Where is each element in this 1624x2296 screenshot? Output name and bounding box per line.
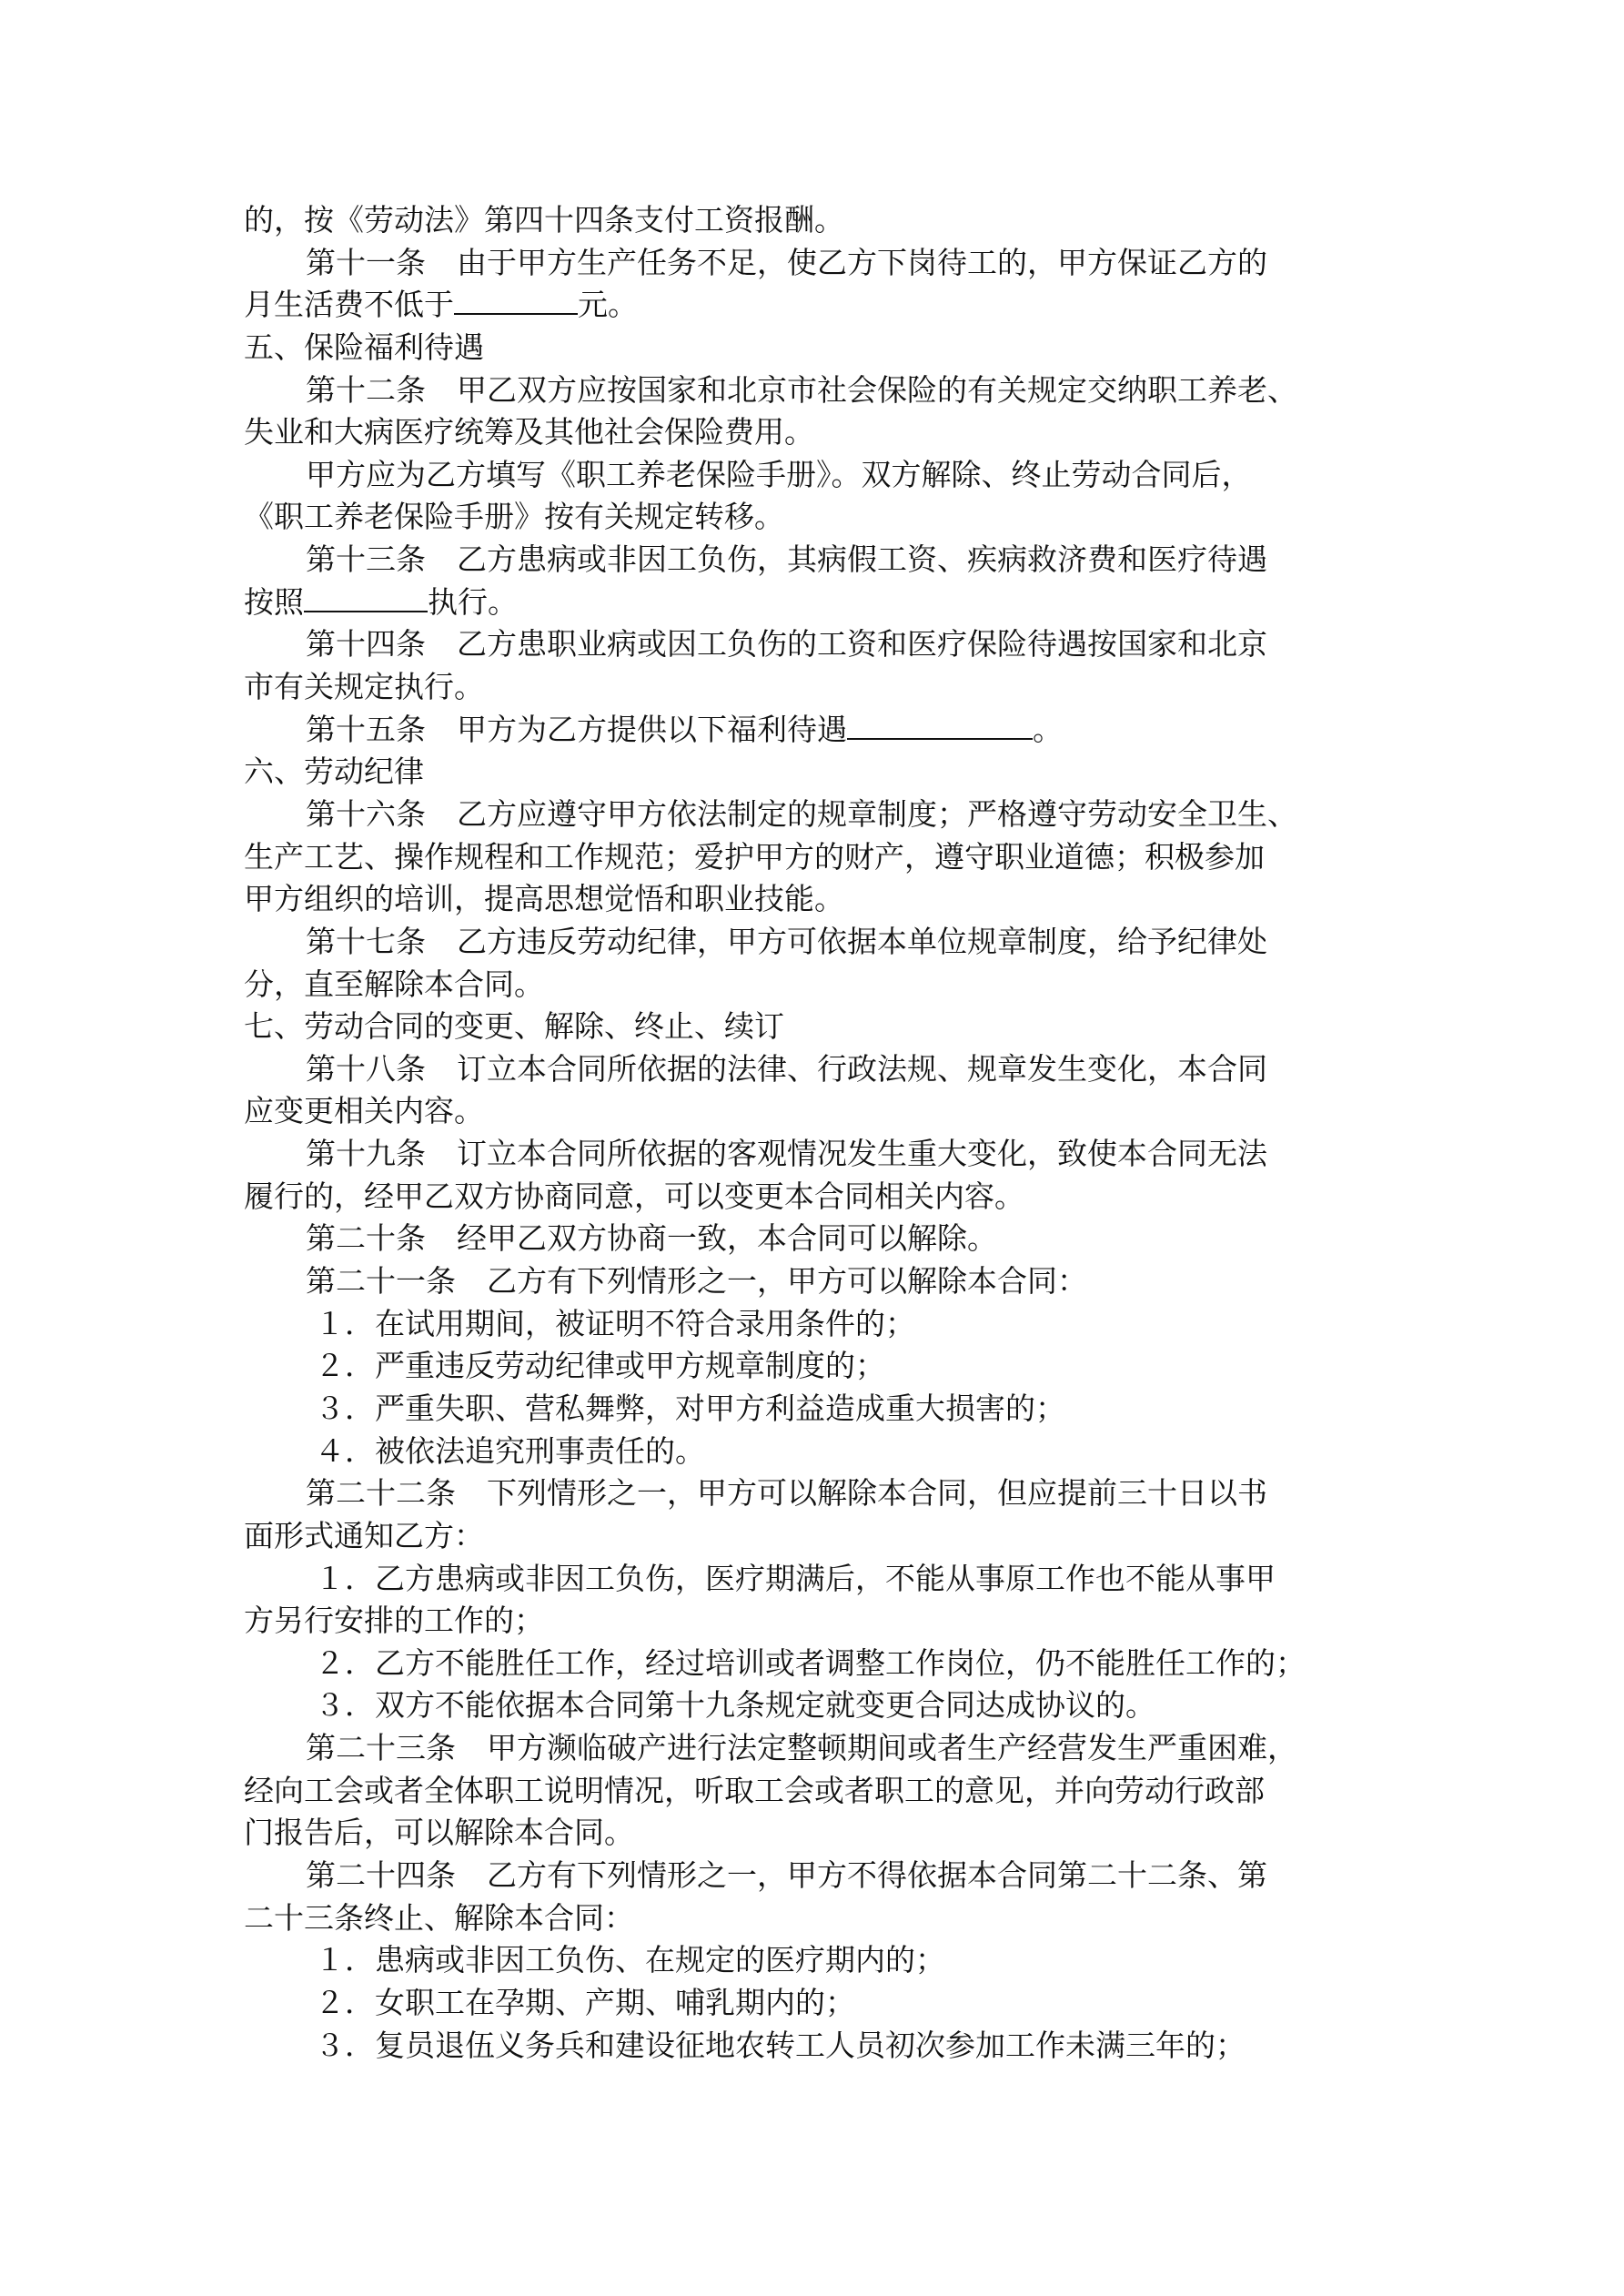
list-item: ４．被依法追究刑事责任的。 [244,1431,1372,1473]
line-text: 《职工养老保险手册》按有关规定转移。 [244,499,784,534]
continuation-line: 履行的，经甲乙双方协商同意，可以变更本合同相关内容。 [244,1176,1372,1219]
article-line: 第十一条由于甲方生产任务不足，使乙方下岗待工的，甲方保证乙方的 [244,242,1372,285]
line-text: 甲方组织的培训，提高思想觉悟和职业技能。 [244,881,844,916]
list-item-text: ４．被依法追究刑事责任的。 [315,1433,705,1469]
section-title: 六、劳动纪律 [244,754,424,789]
article-line: 第十四条乙方患职业病或因工负伤的工资和医疗保险待遇按国家和北京 [244,623,1372,666]
line-text: 面形式通知乙方： [244,1518,484,1553]
list-item-text: ２．女职工在孕期、产期、哺乳期内的； [315,1985,855,2020]
article-text: 乙方应遵守甲方依法制定的规章制度；严格遵守劳动安全卫生、 [457,796,1297,832]
continuation-line: 甲方组织的培训，提高思想觉悟和职业技能。 [244,878,1372,921]
continuation-line: 分，直至解除本合同。 [244,964,1372,1006]
line-text: 分，直至解除本合同。 [244,966,544,1002]
list-item-text: ３．严重失职、营私舞弊，对甲方利益造成重大损害的； [315,1391,1065,1426]
line-text: 按照 [244,584,304,620]
article-label: 第十八条 [306,1051,426,1087]
article-line: 第二十条经甲乙双方协商一致，本合同可以解除。 [244,1218,1372,1260]
article-text: 订立本合同所依据的客观情况发生重大变化，致使本合同无法 [457,1136,1267,1171]
article-line: 第十八条订立本合同所依据的法律、行政法规、规章发生变化，本合同 [244,1048,1372,1091]
article-label: 第二十三条 [306,1730,456,1765]
article-line: 第十二条甲乙双方应按国家和北京市社会保险的有关规定交纳职工养老、 [244,369,1372,412]
line-text: 失业和大病医疗统筹及其他社会保险费用。 [244,414,814,450]
article-label: 第十一条 [306,245,426,280]
article-label: 第十四条 [306,626,426,662]
continuation-line: 二十三条终止、解除本合同： [244,1897,1372,1940]
list-item-text: ３．复员退伍义务兵和建设征地农转工人员初次参加工作未满三年的； [315,2028,1246,2063]
continuation-line: 应变更相关内容。 [244,1090,1372,1133]
article-text: 甲方濒临破产进行法定整顿期间或者生产经营发生严重困难， [487,1730,1297,1765]
article-text-end: 。 [1033,712,1063,747]
article-text: 下列情形之一，甲方可以解除本合同，但应提前三十日以书 [487,1475,1267,1511]
list-item: １．乙方患病或非因工负伤，医疗期满后，不能从事原工作也不能从事甲 [244,1558,1372,1601]
article-text: 乙方患病或非因工负伤，其病假工资、疾病救济费和医疗待遇 [457,541,1267,577]
list-item-text: １．在试用期间，被证明不符合录用条件的； [315,1306,915,1341]
section-heading: 七、劳动合同的变更、解除、终止、续订 [244,1006,1372,1048]
list-item: ３．双方不能依据本合同第十九条规定就变更合同达成协议的。 [244,1684,1372,1727]
article-text: 乙方有下列情形之一，甲方不得依据本合同第二十二条、第 [487,1857,1267,1893]
article-line: 第十六条乙方应遵守甲方依法制定的规章制度；严格遵守劳动安全卫生、 [244,794,1372,836]
list-item: ２．女职工在孕期、产期、哺乳期内的； [244,1982,1372,2025]
line-text: 的，按《劳动法》第四十四条支付工资报酬。 [244,202,844,238]
article-line: 第十三条乙方患病或非因工负伤，其病假工资、疾病救济费和医疗待遇 [244,539,1372,582]
article-label: 第二十条 [306,1220,426,1256]
continuation-line: 门报告后，可以解除本合同。 [244,1812,1372,1855]
article-text: 甲方为乙方提供以下福利待遇 [457,712,847,747]
article-label: 第二十二条 [306,1475,456,1511]
article-line: 第二十四条乙方有下列情形之一，甲方不得依据本合同第二十二条、第 [244,1855,1372,1897]
section-title: 五、保险福利待遇 [244,329,484,365]
list-item-text: ２．严重违反劳动纪律或甲方规章制度的； [315,1348,885,1383]
continuation-line: 按照执行。 [244,582,1372,624]
article-label: 第十五条 [306,712,426,747]
line-text: 履行的，经甲乙双方协商同意，可以变更本合同相关内容。 [244,1178,1024,1214]
article-text: 乙方患职业病或因工负伤的工资和医疗保险待遇按国家和北京 [457,626,1267,662]
article-label: 第十九条 [306,1136,426,1171]
article-line: 第十五条甲方为乙方提供以下福利待遇。 [244,709,1372,752]
list-item-text: ３．双方不能依据本合同第十九条规定就变更合同达成协议的。 [315,1687,1155,1723]
list-item: １．患病或非因工负伤、在规定的医疗期内的； [244,1939,1372,1982]
fill-in-blank [454,284,578,315]
continuation-line: 经向工会或者全体职工说明情况，听取工会或者职工的意见，并向劳动行政部 [244,1770,1372,1813]
line-text: 二十三条终止、解除本合同： [244,1900,634,1936]
article-label: 第十六条 [306,796,426,832]
line-text: 经向工会或者全体职工说明情况，听取工会或者职工的意见，并向劳动行政部 [244,1773,1265,1808]
paragraph-line: 甲方应为乙方填写《职工养老保险手册》。双方解除、终止劳动合同后， [244,454,1372,497]
fill-in-blank [847,709,1033,740]
article-label: 第二十四条 [306,1857,456,1893]
list-item: １．在试用期间，被证明不符合录用条件的； [244,1303,1372,1346]
list-item: ２．乙方不能胜任工作，经过培训或者调整工作岗位，仍不能胜任工作的； [244,1643,1372,1685]
section-heading: 六、劳动纪律 [244,751,1372,794]
article-text: 由于甲方生产任务不足，使乙方下岗待工的，甲方保证乙方的 [457,245,1267,280]
article-label: 第十二条 [306,372,426,408]
article-line: 第二十一条乙方有下列情形之一，甲方可以解除本合同： [244,1260,1372,1303]
list-item-text: ２．乙方不能胜任工作，经过培训或者调整工作岗位，仍不能胜任工作的； [315,1645,1306,1681]
line-text: 门报告后，可以解除本合同。 [244,1815,634,1850]
article-line: 第二十三条甲方濒临破产进行法定整顿期间或者生产经营发生严重困难， [244,1727,1372,1770]
line-text: 应变更相关内容。 [244,1093,484,1128]
article-label: 第二十一条 [306,1263,456,1299]
list-item: ３．严重失职、营私舞弊，对甲方利益造成重大损害的； [244,1388,1372,1431]
continuation-line: 市有关规定执行。 [244,666,1372,709]
list-item-text: １．患病或非因工负伤、在规定的医疗期内的； [315,1942,945,1977]
continuation-line: 方另行安排的工作的； [244,1600,1372,1643]
line-text-end: 执行。 [428,584,518,620]
section-title: 七、劳动合同的变更、解除、终止、续订 [244,1008,784,1044]
article-text: 甲乙双方应按国家和北京市社会保险的有关规定交纳职工养老、 [457,372,1297,408]
line-text: 市有关规定执行。 [244,669,484,704]
paragraph-text: 甲方应为乙方填写《职工养老保险手册》。双方解除、终止劳动合同后， [306,457,1252,492]
continuation-line: 生产工艺、操作规程和工作规范；爱护甲方的财产，遵守职业道德；积极参加 [244,836,1372,879]
list-item: ３．复员退伍义务兵和建设征地农转工人员初次参加工作未满三年的； [244,2025,1372,2068]
fill-in-blank [304,582,428,612]
list-item: ２．严重违反劳动纪律或甲方规章制度的； [244,1345,1372,1388]
continuation-line: 月生活费不低于元。 [244,284,1372,327]
continuation-line: 《职工养老保险手册》按有关规定转移。 [244,496,1372,539]
article-line: 第十七条乙方违反劳动纪律，甲方可依据本单位规章制度，给予纪律处 [244,921,1372,964]
continuation-line: 面形式通知乙方： [244,1515,1372,1558]
list-item-text: １．乙方患病或非因工负伤，医疗期满后，不能从事原工作也不能从事甲 [315,1561,1276,1596]
line-text: 生产工艺、操作规程和工作规范；爱护甲方的财产，遵守职业道德；积极参加 [244,839,1265,875]
line-text: 月生活费不低于 [244,287,454,322]
article-line: 第十九条订立本合同所依据的客观情况发生重大变化，致使本合同无法 [244,1133,1372,1176]
article-text: 乙方违反劳动纪律，甲方可依据本单位规章制度，给予纪律处 [457,924,1267,959]
article-text: 订立本合同所依据的法律、行政法规、规章发生变化，本合同 [457,1051,1267,1087]
line-text-end: 元。 [578,287,638,322]
document-page: 的，按《劳动法》第四十四条支付工资报酬。第十一条由于甲方生产任务不足，使乙方下岗… [244,199,1372,2067]
continuation-line: 失业和大病医疗统筹及其他社会保险费用。 [244,411,1372,454]
line-text: 方另行安排的工作的； [244,1603,544,1638]
article-line: 第二十二条下列情形之一，甲方可以解除本合同，但应提前三十日以书 [244,1472,1372,1515]
article-text: 乙方有下列情形之一，甲方可以解除本合同： [487,1263,1087,1299]
continuation-line: 的，按《劳动法》第四十四条支付工资报酬。 [244,199,1372,242]
section-heading: 五、保险福利待遇 [244,327,1372,369]
article-label: 第十七条 [306,924,426,959]
article-text: 经甲乙双方协商一致，本合同可以解除。 [457,1220,997,1256]
article-label: 第十三条 [306,541,426,577]
